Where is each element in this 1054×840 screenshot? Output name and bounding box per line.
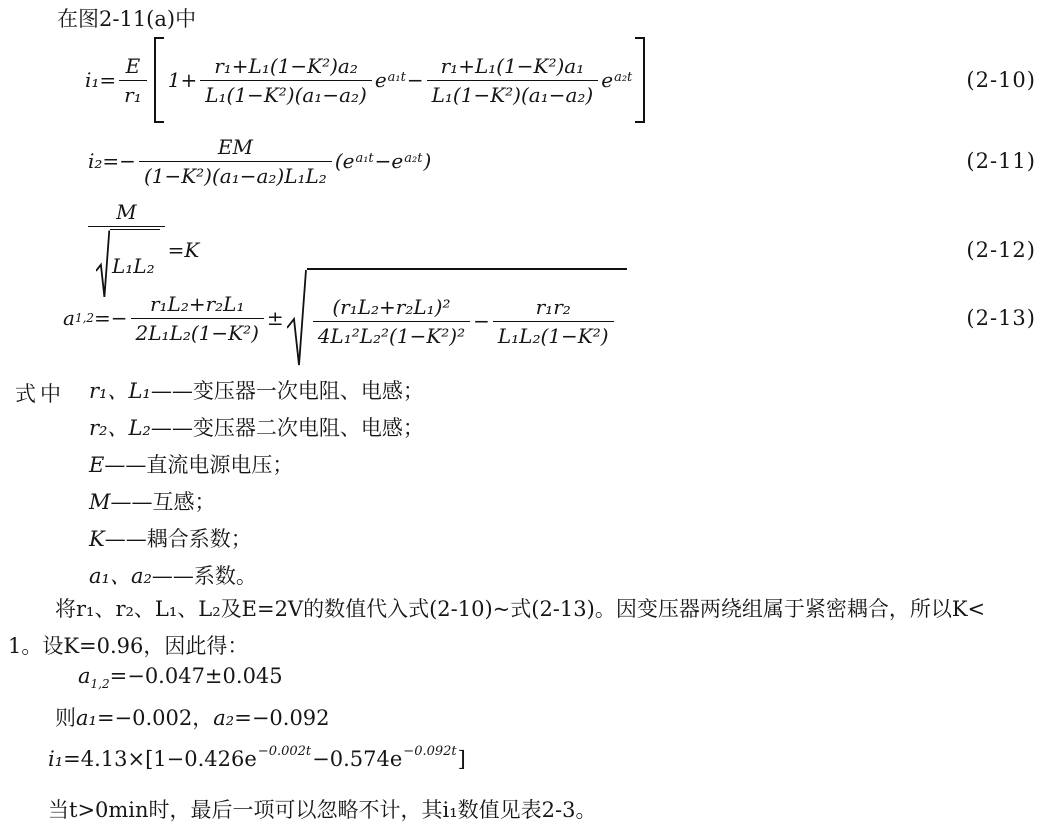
numerator: r₁L₂+r₂L₁: [131, 292, 264, 319]
i1-tail: ]: [458, 747, 466, 771]
equation-number: (2-13): [966, 306, 1036, 330]
numerator: r₁+L₁(1−K²)a₂: [200, 54, 372, 81]
then-label: 则: [55, 706, 76, 730]
eq10-term-one: 1+: [168, 68, 197, 92]
definition-desc: ——变压器二次电阻、电感；: [151, 416, 424, 440]
eq10-lhs: i₁=: [85, 68, 116, 92]
a1-var: a₁: [76, 706, 97, 730]
square-root: (r₁L₂+r₂L₁)² 4L₁²L₂²(1−K²)² − r₁r₂ L₁L₂(…: [287, 268, 627, 368]
eq13-fraction-2: (r₁L₂+r₂L₁)² 4L₁²L₂²(1−K²)²: [313, 295, 470, 348]
list-item: r₂、L₂——变压器二次电阻、电感；: [89, 415, 424, 441]
formula-2-10: i₁= E r₁ 1+ r₁+L₁(1−K²)a₂ L₁(1−K²)(a₁−a₂…: [0, 36, 1054, 124]
a1-value: =−0.002，: [97, 706, 213, 730]
eq10-exp1-sup: a₁t: [388, 70, 406, 85]
definition-term: E: [89, 453, 104, 477]
result-a12-sub: 1,2: [91, 677, 110, 691]
left-bracket-icon: [154, 37, 164, 123]
list-item: r₁、L₁——变压器一次电阻、电感；: [89, 378, 424, 404]
equation-number: (2-11): [966, 149, 1036, 173]
result-a12-var: a: [78, 664, 91, 688]
definition-term: M: [89, 490, 111, 514]
eq10-minus: −: [407, 68, 424, 92]
eq11-exp1-sup: a₁t: [355, 151, 373, 166]
definition-list: r₁、L₁——变压器一次电阻、电感； r₂、L₂——变压器二次电阻、电感； E—…: [89, 378, 424, 589]
eq13-minus: −: [473, 309, 490, 333]
eq11-minus-e: −e: [375, 149, 404, 173]
eq13-lhs-base: a: [63, 306, 75, 330]
definition-term: r₂、L₂: [89, 416, 151, 440]
definition-desc: ——系数。: [152, 564, 257, 588]
i1-exp2-sup: −0.092t: [403, 744, 456, 759]
equation-number: (2-12): [966, 238, 1036, 262]
closing-sentence: 当t>0min时，最后一项可以忽略不计，其i₁数值见表2-3。: [48, 797, 597, 823]
eq11-fraction: EM (1−K²)(a₁−a₂)L₁L₂: [139, 135, 332, 188]
numerator: (r₁L₂+r₂L₁)²: [313, 295, 470, 322]
eq12-rhs: =K: [168, 238, 200, 262]
eq10-exp2-sup: a₂t: [614, 70, 632, 85]
i1-var: i₁: [48, 747, 63, 771]
symbol-definitions: 式中 r₁、L₁——变压器一次电阻、电感； r₂、L₂——变压器二次电阻、电感；…: [15, 378, 424, 589]
list-item: E——直流电源电压；: [89, 452, 424, 478]
denominator: 2L₁L₂(1−K²): [131, 319, 264, 345]
paragraph-line-1: 将r₁、r₂、L₁、L₂及E=2V的数值代入式(2-10)~式(2-13)。因变…: [55, 596, 985, 622]
i1-mid: −0.574e: [312, 747, 402, 771]
definition-term: r₁、L₁: [89, 379, 151, 403]
eq10-coef-fraction: E r₁: [119, 54, 147, 107]
result-a12: a1,2=−0.047±0.045: [78, 664, 283, 691]
definition-desc: ——耦合系数；: [105, 527, 252, 551]
eq10-fraction-2: r₁+L₁(1−K²)a₁ L₁(1−K²)(a₁−a₂): [427, 54, 599, 107]
eq11-exp2-sup: a₂t: [404, 151, 422, 166]
numerator: EM: [139, 135, 332, 162]
list-item: K——耦合系数；: [89, 526, 424, 552]
numerator: E: [119, 54, 147, 81]
denominator: (1−K²)(a₁−a₂)L₁L₂: [139, 162, 332, 188]
list-item: a₁、a₂——系数。: [89, 563, 424, 589]
formula-2-13: a1,2 =− r₁L₂+r₂L₁ 2L₁L₂(1−K²) ± (r₁L₂+r₂…: [0, 268, 1054, 368]
denominator: 4L₁²L₂²(1−K²)²: [313, 322, 470, 348]
denominator: L₁(1−K²)(a₁−a₂): [200, 81, 372, 107]
definition-desc: ——直流电源电压；: [104, 453, 293, 477]
a2-var: a₂: [213, 706, 234, 730]
denominator: L₁L₂(1−K²): [493, 322, 614, 348]
numerator: r₁+L₁(1−K²)a₁: [427, 54, 599, 81]
i1-exp1-sup: −0.002t: [258, 744, 311, 759]
plus-minus-sign: ±: [267, 306, 284, 330]
result-a1-a2: 则a₁=−0.002，a₂=−0.092: [55, 702, 330, 732]
eq10-fraction-1: r₁+L₁(1−K²)a₂ L₁(1−K²)(a₁−a₂): [200, 54, 372, 107]
eq11-close-paren: ): [423, 149, 431, 173]
numerator: r₁r₂: [493, 295, 614, 322]
denominator: r₁: [119, 81, 147, 107]
eq13-fraction-1: r₁L₂+r₂L₁ 2L₁L₂(1−K²): [131, 292, 264, 345]
denominator: L₁(1−K²)(a₁−a₂): [427, 81, 599, 107]
intro-text: 在图2-11(a)中: [57, 6, 196, 32]
definition-term: K: [89, 527, 105, 551]
scanned-textbook-page: 在图2-11(a)中 i₁= E r₁ 1+ r₁+L₁(1−K²)a₂ L₁(…: [0, 0, 1054, 840]
eq10-exp2-base: e: [601, 68, 613, 92]
definition-desc: ——互感；: [111, 490, 216, 514]
formula-2-11: i₂=− EM (1−K²)(a₁−a₂)L₁L₂ (ea₁t −ea₂t ) …: [0, 127, 1054, 195]
eq13-equals-minus: =−: [94, 306, 128, 330]
result-i1-formula: i₁=4.13×[1−0.426e−0.002t−0.574e−0.092t]: [48, 747, 466, 771]
result-a12-value: =−0.047±0.045: [110, 664, 283, 688]
eq13-lhs-sub: 1,2: [75, 311, 94, 325]
list-item: M——互感；: [89, 489, 424, 515]
definition-term: a₁、a₂: [89, 564, 152, 588]
right-bracket-icon: [635, 37, 645, 123]
eq13-fraction-3: r₁r₂ L₁L₂(1−K²): [493, 295, 614, 348]
paragraph-line-2: 1。设K=0.96，因此得：: [8, 633, 248, 659]
where-label: 式中: [15, 378, 65, 408]
radical-icon: [287, 268, 307, 368]
i1-head: =4.13×[1−0.426e: [63, 747, 257, 771]
equation-number: (2-10): [966, 68, 1036, 92]
eq11-open-paren: (e: [335, 149, 355, 173]
eq10-exp1-base: e: [375, 68, 387, 92]
a2-value: =−0.092: [234, 706, 329, 730]
numerator: M: [88, 200, 165, 227]
definition-desc: ——变压器一次电阻、电感；: [151, 379, 424, 403]
eq11-lhs: i₂=−: [88, 149, 136, 173]
